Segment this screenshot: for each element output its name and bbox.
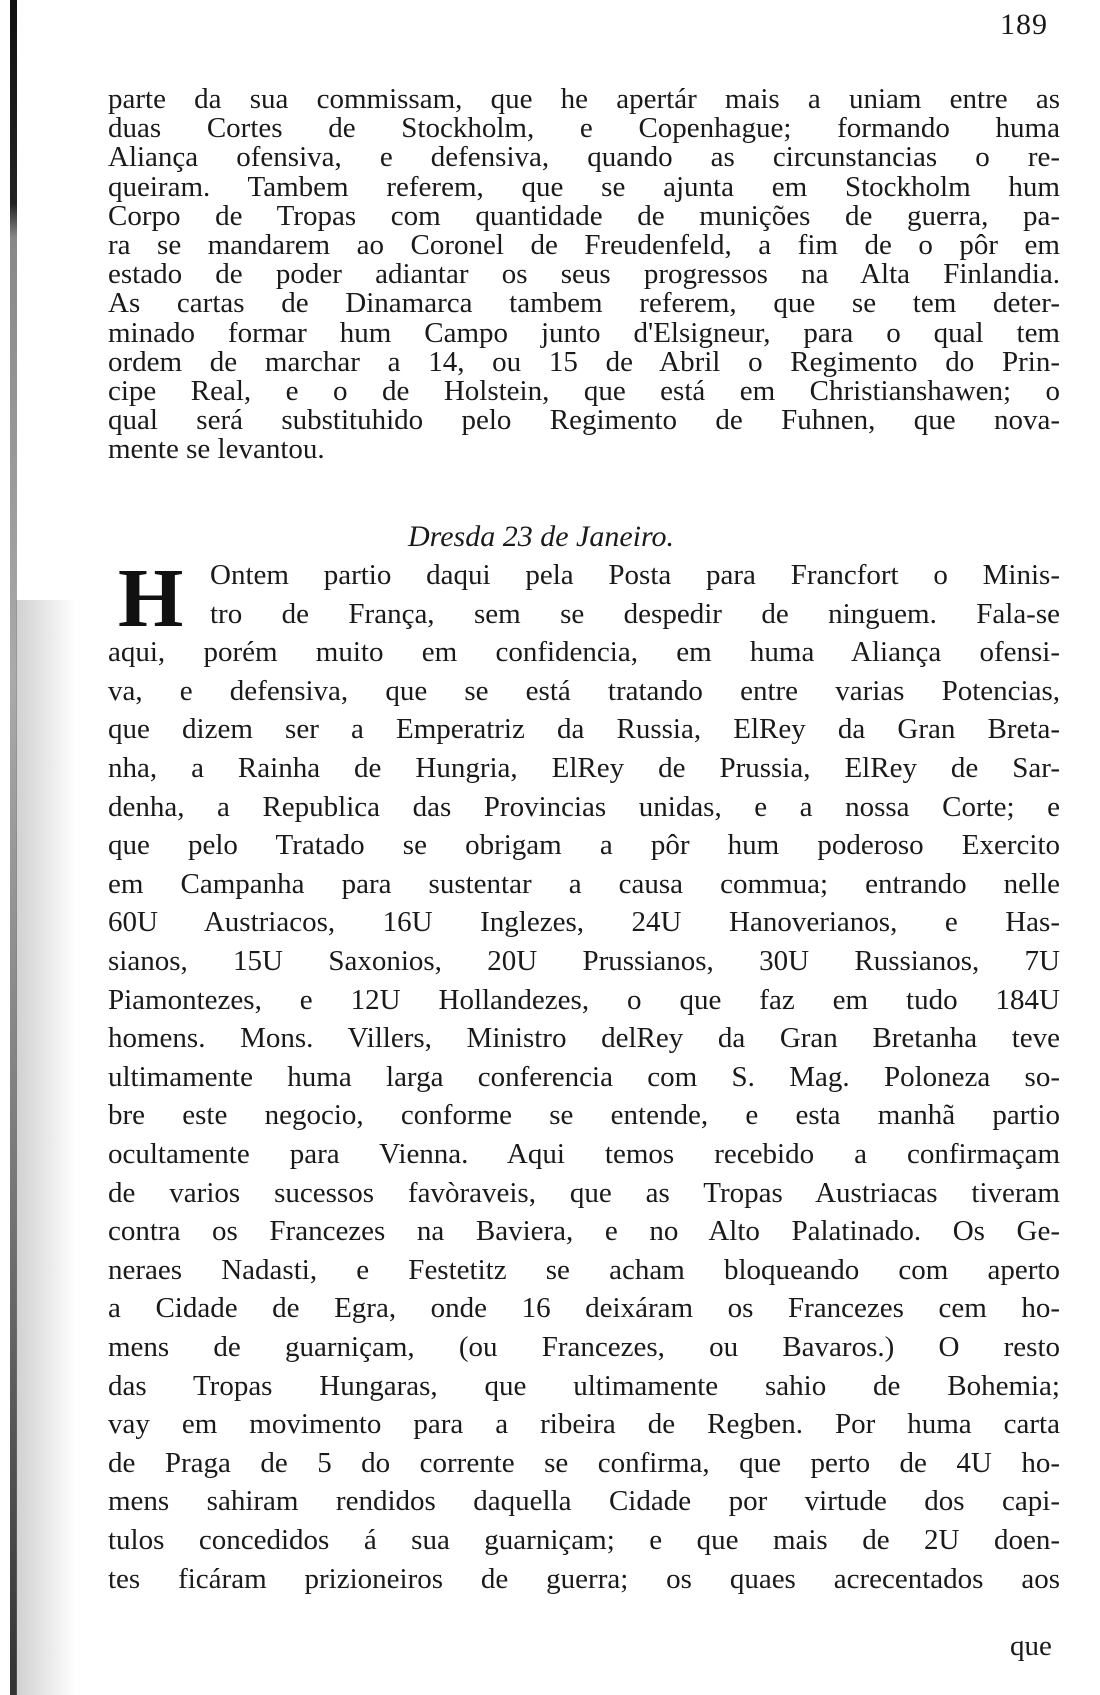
text-line: denha, a Republica das Provincias unidas… xyxy=(108,792,1060,822)
text-line: em Campanha para sustentar a causa commu… xyxy=(108,869,1060,899)
text-line: de varios sucessos favòraveis, que as Tr… xyxy=(108,1178,1060,1208)
text-line: homens. Mons. Villers, Ministro delRey d… xyxy=(108,1023,1060,1053)
drop-capital: H xyxy=(118,564,183,634)
text-line: contra os Francezes na Baviera, e no Alt… xyxy=(108,1216,1060,1246)
text-line: Corpo de Tropas com quantidade de muniçõ… xyxy=(108,201,1060,231)
text-line: das Tropas Hungaras, que ultimamente sah… xyxy=(108,1371,1060,1401)
text-line: aqui, porém muito em confidencia, em hum… xyxy=(108,637,1060,667)
text-line: parte da sua commissam, que he apertár m… xyxy=(108,84,1060,114)
text-line: 60U Austriacos, 16U Inglezes, 24U Hanove… xyxy=(108,907,1060,937)
text-line: ordem de marchar a 14, ou 15 de Abril o … xyxy=(108,347,1060,377)
text-line: de Praga de 5 do corrente se confirma, q… xyxy=(108,1448,1060,1478)
dateline-heading: Dresda 23 de Janeiro. xyxy=(408,520,674,554)
text-line: cipe Real, e o de Holstein, que está em … xyxy=(108,376,1060,406)
text-line: ra se mandarem ao Coronel de Freudenfeld… xyxy=(108,230,1060,260)
text-line: que dizem ser a Emperatriz da Russia, El… xyxy=(108,714,1060,744)
text-line: qual será substituhido pelo Regimento de… xyxy=(108,405,1060,435)
text-line: bre este negocio, conforme se entende, e… xyxy=(108,1100,1060,1130)
text-line: sianos, 15U Saxonios, 20U Prussianos, 30… xyxy=(108,946,1060,976)
text-line: mens de guarniçam, (ou Francezes, ou Bav… xyxy=(108,1332,1060,1362)
text-line: tes ficáram prizioneiros de guerra; os q… xyxy=(108,1564,1060,1594)
text-line: tulos concedidos á sua guarniçam; e que … xyxy=(108,1525,1060,1555)
scanned-page: 189 parte da sua commissam, que he apert… xyxy=(0,0,1100,1695)
text-line: Piamontezes, e 12U Hollandezes, o que fa… xyxy=(108,985,1060,1015)
text-line: mente se levantou. xyxy=(108,434,1060,464)
text-line: As cartas de Dinamarca tambem referem, q… xyxy=(108,288,1060,318)
text-line: estado de poder adiantar os seus progres… xyxy=(108,259,1060,289)
text-line: vay em movimento para a ribeira de Regbe… xyxy=(108,1409,1060,1439)
text-line: que pelo Tratado se obrigam a pôr hum po… xyxy=(108,830,1060,860)
text-line: a Cidade de Egra, onde 16 deixáram os Fr… xyxy=(108,1293,1060,1323)
text-line: Ontem partio daqui pela Posta para Franc… xyxy=(210,560,1060,590)
text-line: tro de França, sem se despedir de ningue… xyxy=(210,599,1060,629)
text-line: va, e defensiva, que se está tratando en… xyxy=(108,676,1060,706)
text-line: ultimamente huma larga conferencia com S… xyxy=(108,1062,1060,1092)
text-line: minado formar hum Campo junto d'Elsigneu… xyxy=(108,318,1060,348)
text-line: Aliança ofensiva, e defensiva, quando as… xyxy=(108,142,1060,172)
text-line: mens sahiram rendidos daquella Cidade po… xyxy=(108,1486,1060,1516)
catchword: que xyxy=(1010,1630,1052,1663)
page-number: 189 xyxy=(1000,8,1048,42)
text-line: duas Cortes de Stockholm, e Copenhague; … xyxy=(108,113,1060,143)
text-line: nha, a Rainha de Hungria, ElRey de Pruss… xyxy=(108,753,1060,783)
text-line: queiram. Tambem referem, que se ajunta e… xyxy=(108,172,1060,202)
gutter-shadow xyxy=(16,600,76,1695)
text-line: ocultamente para Vienna. Aqui temos rece… xyxy=(108,1139,1060,1169)
text-line: neraes Nadasti, e Festetitz se acham blo… xyxy=(108,1255,1060,1285)
